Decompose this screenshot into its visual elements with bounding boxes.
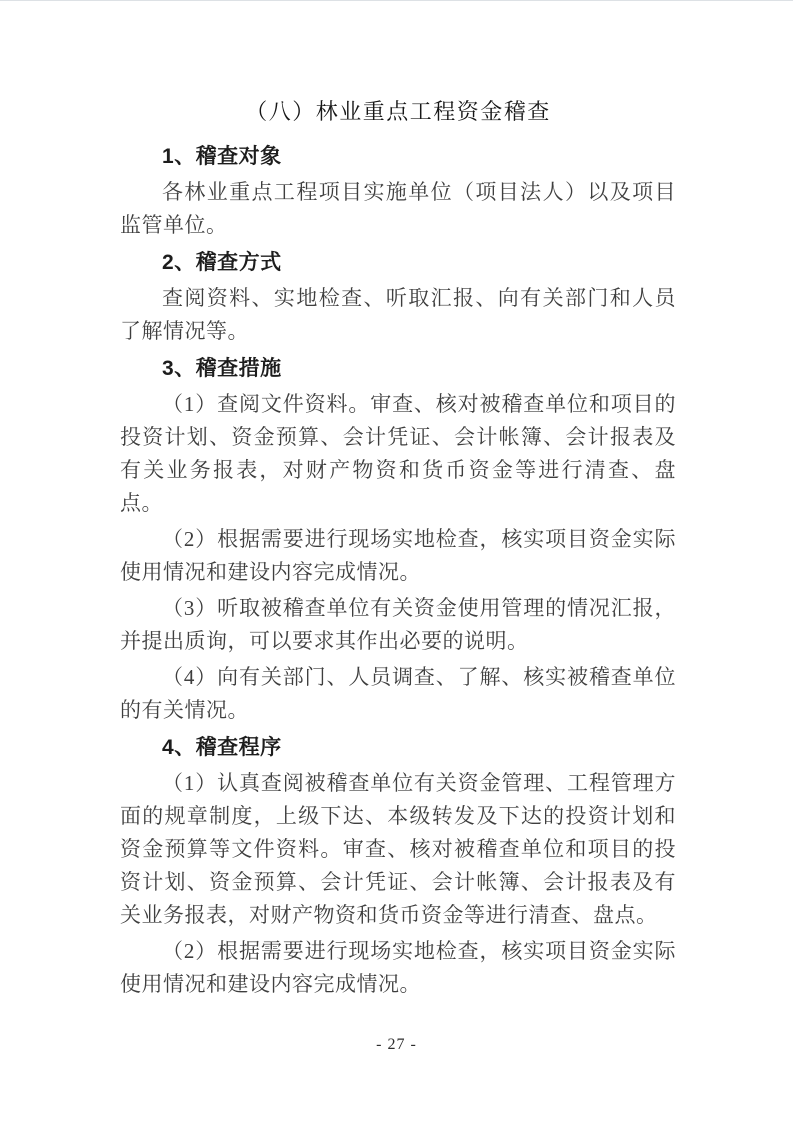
- section-2-paragraph: 查阅资料、实地检查、听取汇报、向有关部门和人员了解情况等。: [120, 282, 676, 348]
- section-2-heading: 2、稽查方式: [120, 246, 676, 279]
- document-content: （八）林业重点工程资金稽查 1、稽查对象 各林业重点工程项目实施单位（项目法人）…: [120, 95, 676, 1004]
- document-title: （八）林业重点工程资金稽查: [120, 95, 676, 128]
- section-4-heading: 4、稽查程序: [120, 731, 676, 764]
- section-4-paragraph-1: （1）认真查阅被稽查单位有关资金管理、工程管理方面的规章制度，上级下达、本级转发…: [120, 767, 676, 932]
- document-page: （八）林业重点工程资金稽查 1、稽查对象 各林业重点工程项目实施单位（项目法人）…: [0, 0, 793, 1122]
- section-3-paragraph-2: （2）根据需要进行现场实地检查，核实项目资金实际使用情况和建设内容完成情况。: [120, 523, 676, 589]
- page-number: - 27 -: [0, 1034, 793, 1056]
- section-3-paragraph-4: （4）向有关部门、人员调查、了解、核实被稽查单位的有关情况。: [120, 661, 676, 727]
- section-4-paragraph-2: （2）根据需要进行现场实地检查，核实项目资金实际使用情况和建设内容完成情况。: [120, 935, 676, 1001]
- section-3-heading: 3、稽查措施: [120, 352, 676, 385]
- section-3-paragraph-1: （1）查阅文件资料。审查、核对被稽查单位和项目的投资计划、资金预算、会计凭证、会…: [120, 388, 676, 520]
- section-1-heading: 1、稽查对象: [120, 140, 676, 173]
- section-3-paragraph-3: （3）听取被稽查单位有关资金使用管理的情况汇报，并提出质询，可以要求其作出必要的…: [120, 592, 676, 658]
- section-1-paragraph: 各林业重点工程项目实施单位（项目法人）以及项目监管单位。: [120, 176, 676, 242]
